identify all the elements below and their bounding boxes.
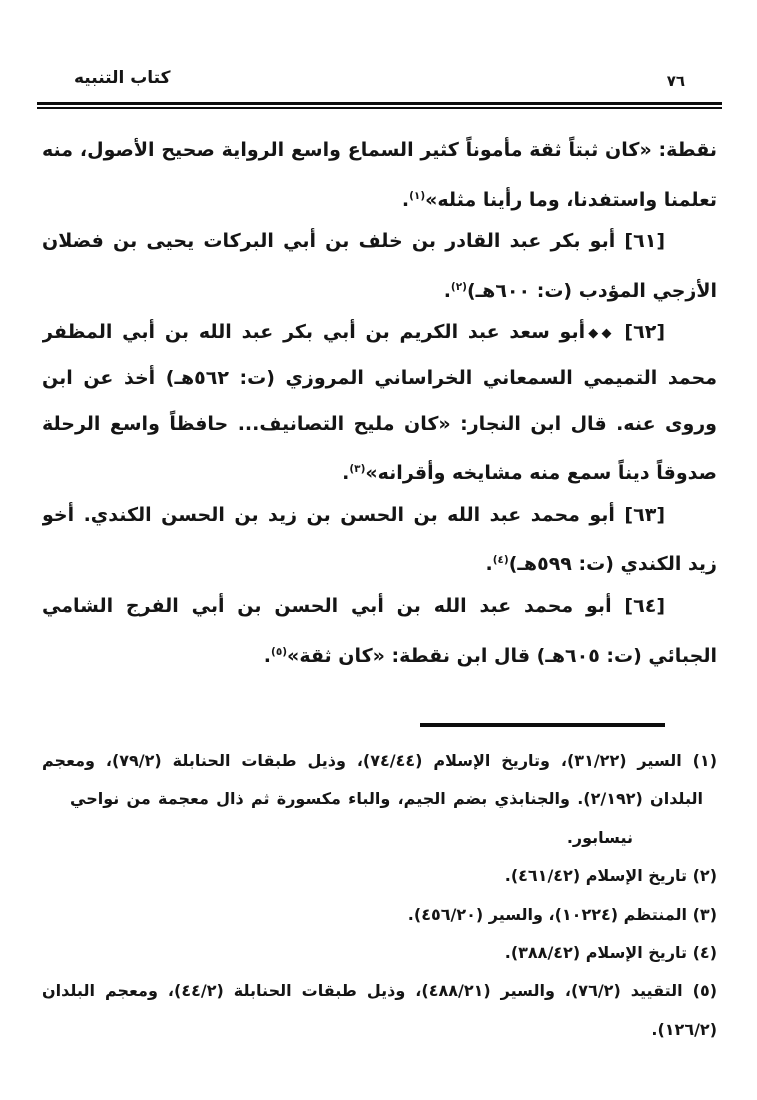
body-line-text: الأزجي المؤدب (ت: ٦٠٠هـ): [467, 280, 717, 302]
body-line: [٦٢] ◆◆أبو سعد عبد الكريم بن أبي بكر عبد…: [42, 310, 717, 356]
body-line-text: .: [485, 553, 492, 575]
footnote-line: (١٢٦/٢).: [42, 1011, 717, 1049]
footnote-text: (١) السير (٣١/٢٢)، وتاريخ الإسلام (٧٤/٤٤…: [42, 751, 717, 770]
footnote-ref: (٤): [493, 554, 509, 566]
body-line-text: زيد الكندي (ت: ٥٩٩هـ): [509, 553, 717, 575]
body-line: [٦٤] أبو محمد عبد الله بن أبي الحسن بن أ…: [42, 584, 717, 630]
footnote-line: (٥) التقييد (٧٦/٢)، والسير (٤٨٨/٢١)، وذي…: [42, 972, 717, 1010]
body-line: الجبائي (ت: ٦٠٥هـ) قال ابن نقطة: «كان ثق…: [42, 630, 717, 676]
body-line-text: تعلمنا واستفدنا، وما رأينا مثله»: [425, 189, 717, 211]
body-line-text: نقطة: «كان ثبتاً ثقة مأموناً كثير السماع…: [42, 139, 717, 161]
footnote-line: (٣) المنتظم (١٠٢٢٤)، والسير (٤٥٦/٢٠).: [42, 896, 717, 934]
footnote-separator: [420, 723, 665, 727]
body-line-text: [٦١] أبو بكر عبد القادر بن خلف بن أبي ال…: [42, 230, 665, 265]
book-page: كتاب التنبيه ٧٦ نقطة: «كان ثبتاً ثقة مأم…: [0, 0, 757, 1100]
header-rule-thin: [37, 107, 722, 109]
footnote-text: (٥) التقييد (٧٦/٢)، والسير (٤٨٨/٢١)، وذي…: [42, 981, 717, 1000]
body-line-text: [٦٣] أبو محمد عبد الله بن الحسن بن زيد ب…: [42, 504, 665, 539]
footnote-text: نيسابور.: [567, 828, 633, 847]
body-line: الأزجي المؤدب (ت: ٦٠٠هـ)(٢).: [42, 265, 717, 311]
body-line-text: وروى عنه. قال ابن النجار: «كان مليح التص…: [42, 413, 717, 448]
footnote-ref: (١): [409, 190, 425, 202]
footnote-text: (٤) تاريخ الإسلام (٣٨٨/٤٢).: [505, 943, 717, 962]
footnote-line: (٤) تاريخ الإسلام (٣٨٨/٤٢).: [42, 934, 717, 972]
body-line-text: [٦٤] أبو محمد عبد الله بن أبي الحسن بن أ…: [42, 595, 665, 630]
footnote-line: البلدان (٢/١٩٢). والجنابذي بضم الجيم، وا…: [42, 780, 717, 818]
footnote-ref: (٥): [271, 646, 287, 658]
footnote-text: (٢) تاريخ الإسلام (٤٦١/٤٢).: [505, 866, 717, 885]
entry-number: [٦٢]: [615, 321, 665, 343]
body-line: وروى عنه. قال ابن النجار: «كان مليح التص…: [42, 402, 717, 448]
footnote-text: (٣) المنتظم (١٠٢٢٤)، والسير (٤٥٦/٢٠).: [408, 905, 717, 924]
footnote-text: البلدان (٢/١٩٢). والجنابذي بضم الجيم، وا…: [70, 789, 703, 808]
body-line: [٦١] أبو بكر عبد القادر بن خلف بن أبي ال…: [42, 219, 717, 265]
footnote-line: (١) السير (٣١/٢٢)، وتاريخ الإسلام (٧٤/٤٤…: [42, 742, 717, 780]
body-line-text: .: [402, 189, 409, 211]
body-line: زيد الكندي (ت: ٥٩٩هـ)(٤).: [42, 538, 717, 584]
diamond-ornament-icon: ◆◆: [585, 326, 615, 341]
footnote-ref: (٢): [451, 281, 467, 293]
page-number: ٧٦: [667, 72, 685, 90]
header-rule: [37, 102, 722, 109]
footnote-text: (١٢٦/٢).: [651, 1020, 717, 1039]
body-line: [٦٣] أبو محمد عبد الله بن الحسن بن زيد ب…: [42, 493, 717, 539]
body-line-text: .: [264, 645, 271, 667]
book-title: كتاب التنبيه: [74, 68, 171, 88]
body-line: نقطة: «كان ثبتاً ثقة مأموناً كثير السماع…: [42, 128, 717, 174]
body-line: محمد التميمي السمعاني الخراساني المروزي …: [42, 356, 717, 402]
footnote-ref: (٣): [349, 463, 365, 475]
body-line-text: الجبائي (ت: ٦٠٥هـ) قال ابن نقطة: «كان ثق…: [287, 645, 717, 667]
body-text: نقطة: «كان ثبتاً ثقة مأموناً كثير السماع…: [42, 128, 717, 675]
body-line-text: محمد التميمي السمعاني الخراساني المروزي …: [42, 367, 717, 402]
body-line-text: صدوقاً ديناً سمع منه مشايخه وأقرانه»: [365, 462, 717, 484]
body-line: تعلمنا واستفدنا، وما رأينا مثله»(١).: [42, 174, 717, 220]
footnote-line: نيسابور.: [42, 819, 717, 857]
body-line: صدوقاً ديناً سمع منه مشايخه وأقرانه»(٣).: [42, 447, 717, 493]
body-line-text: أبو سعد عبد الكريم بن أبي بكر عبد الله ب…: [42, 321, 665, 356]
footnote-line: (٢) تاريخ الإسلام (٤٦١/٤٢).: [42, 857, 717, 895]
footnotes: (١) السير (٣١/٢٢)، وتاريخ الإسلام (٧٤/٤٤…: [42, 742, 717, 1049]
body-line-text: .: [444, 280, 451, 302]
